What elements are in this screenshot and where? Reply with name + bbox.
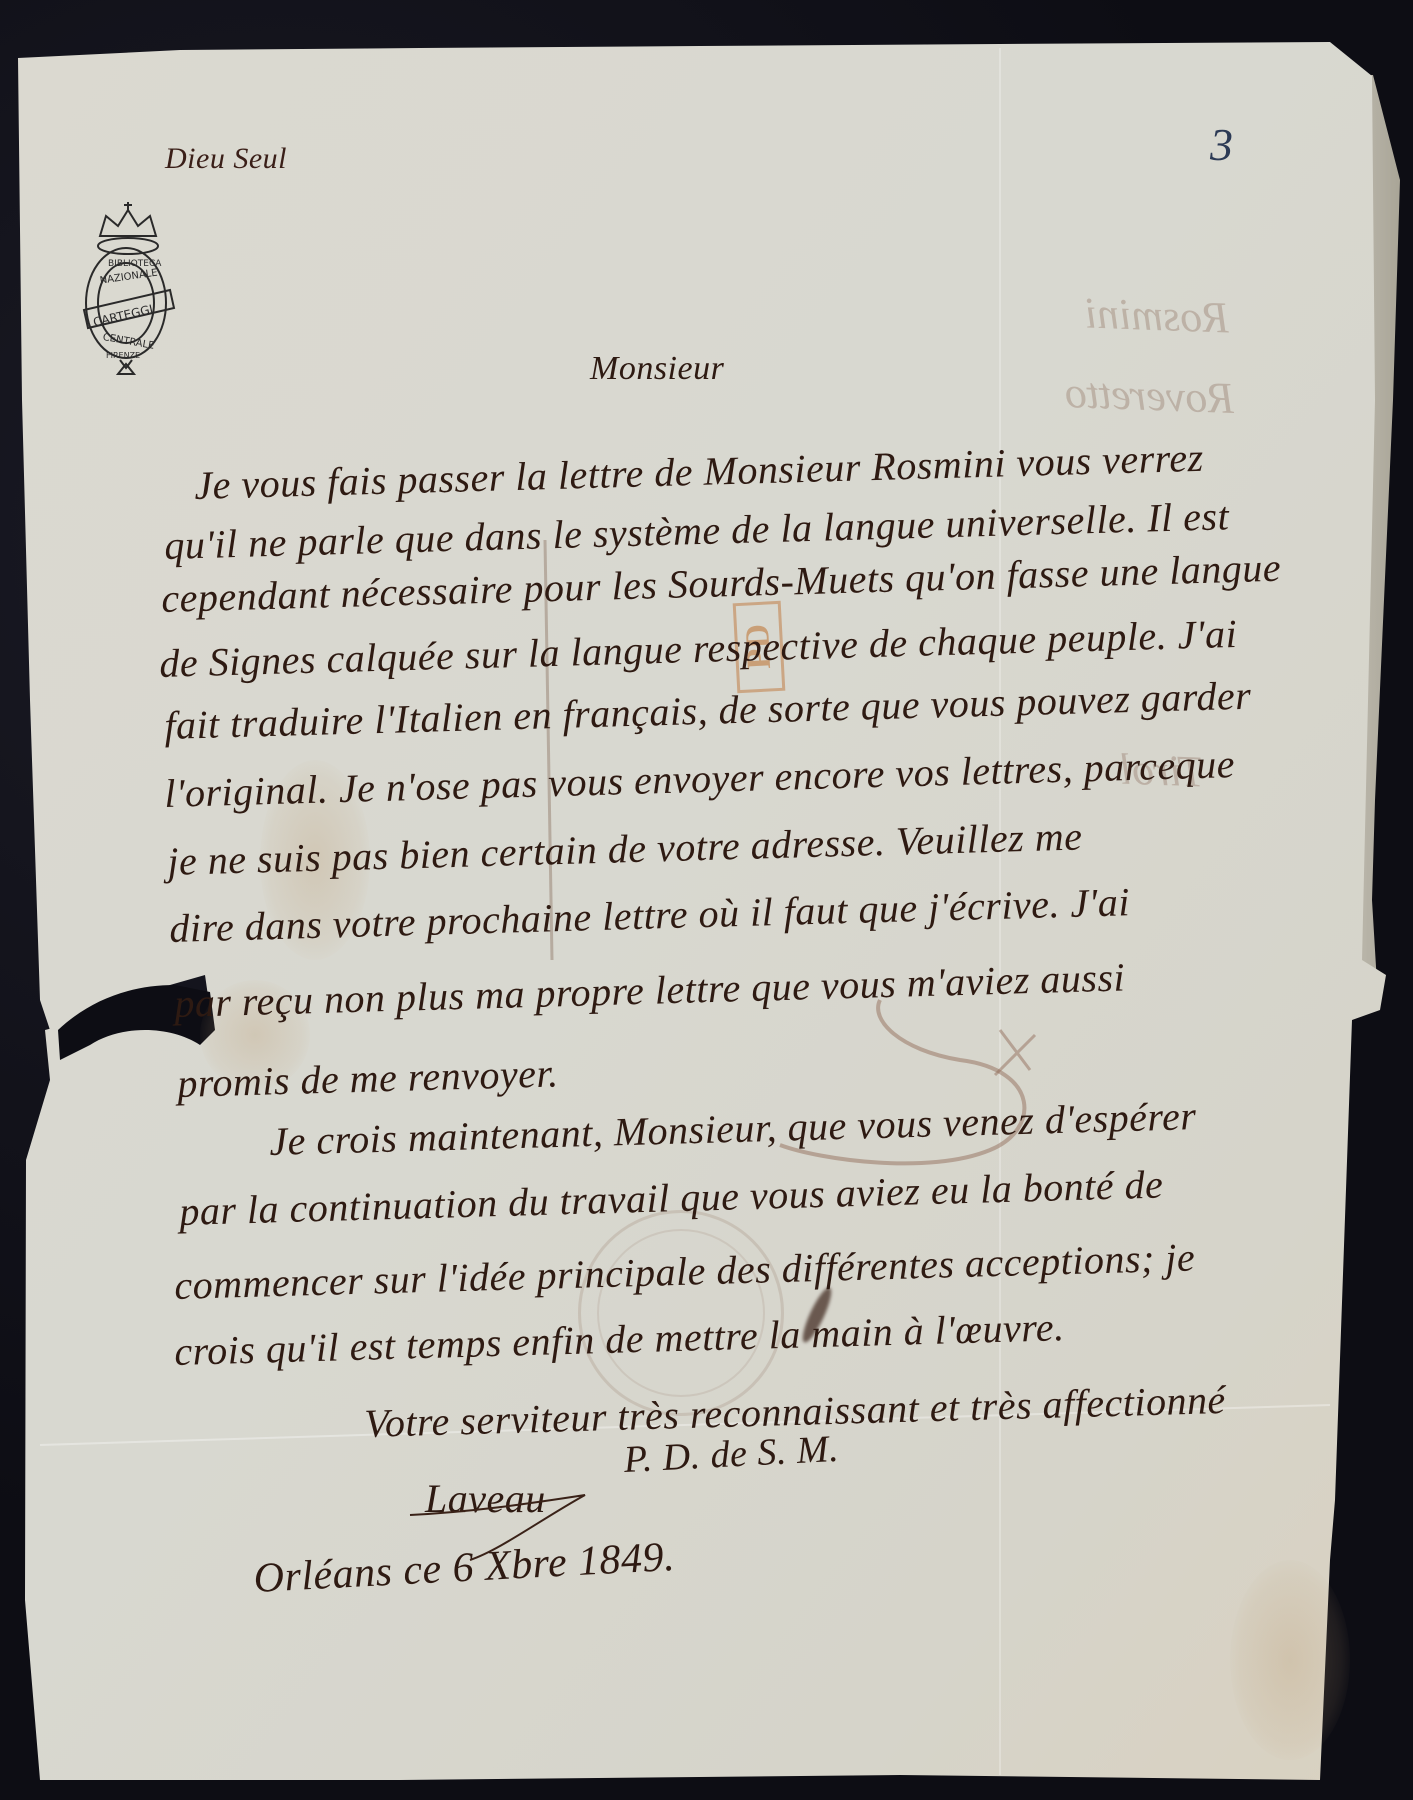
signature-flourish [0,0,1413,1800]
